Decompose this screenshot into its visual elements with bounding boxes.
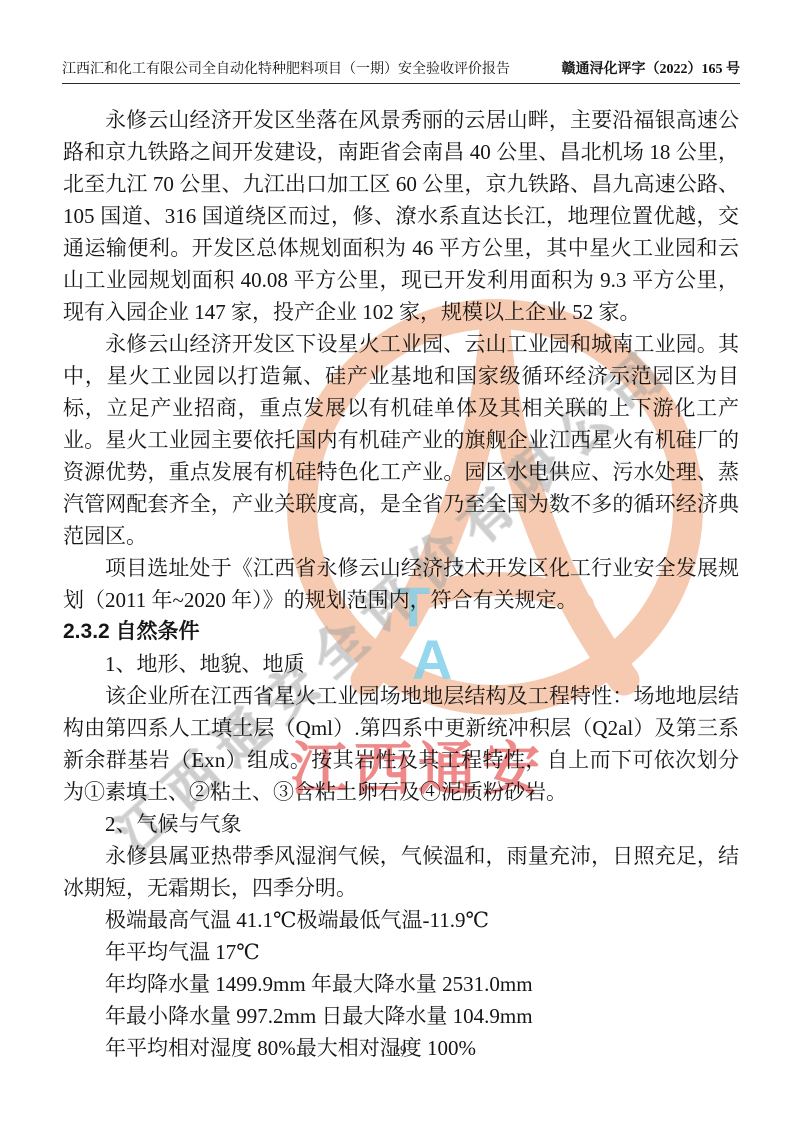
page-header: 江西汇和化工有限公司全自动化特种肥料项目（一期）安全验收评价报告 赣通浔化评字（… [62,58,740,84]
body-paragraph-climate: 永修县属亚热带季风湿润气候，气候温和，雨量充沛，日照充足，结冰期短，无霜期长，四… [63,840,739,904]
subheading-climate: 2、气候与气象 [63,808,739,840]
body-paragraph-parks: 永修云山经济开发区下设星火工业园、云山工业园和城南工业园。其中，星火工业园以打造… [63,328,739,552]
climate-data-annual-rainfall: 年均降水量 1499.9mm 年最大降水量 2531.0mm [63,968,739,1000]
body-paragraph-location: 永修云山经济开发区坐落在风景秀丽的云居山畔，主要沿福银高速公路和京九铁路之间开发… [63,104,739,328]
document-page: T A 江西通安 江西通安全评价有限公司 江西汇和化工有限公司全自动化特种肥料项… [0,0,800,1130]
body-paragraph-geology: 该企业所在江西省星火工业园场地地层结构及工程特性：场地地层结构由第四系人工填土层… [63,680,739,808]
climate-data-temperature-extremes: 极端最高气温 41.1℃极端最低气温-11.9℃ [63,904,739,936]
header-document-number: 赣通浔化评字（2022）165 号 [562,58,741,78]
document-body: 永修云山经济开发区坐落在风景秀丽的云居山畔，主要沿福银高速公路和京九铁路之间开发… [63,104,739,1064]
body-paragraph-siting: 项目选址处于《江西省永修云山经济技术开发区化工行业安全发展规划（2011 年~2… [63,552,739,616]
header-report-title: 江西汇和化工有限公司全自动化特种肥料项目（一期）安全验收评价报告 [62,58,510,78]
climate-data-mean-temperature: 年平均气温 17℃ [63,936,739,968]
page-number: 19 [0,1042,800,1058]
climate-data-min-max-rainfall: 年最小降水量 997.2mm 日最大降水量 104.9mm [63,1000,739,1032]
section-heading-2-3-2: 2.3.2 自然条件 [63,616,739,648]
subheading-terrain: 1、地形、地貌、地质 [63,648,739,680]
